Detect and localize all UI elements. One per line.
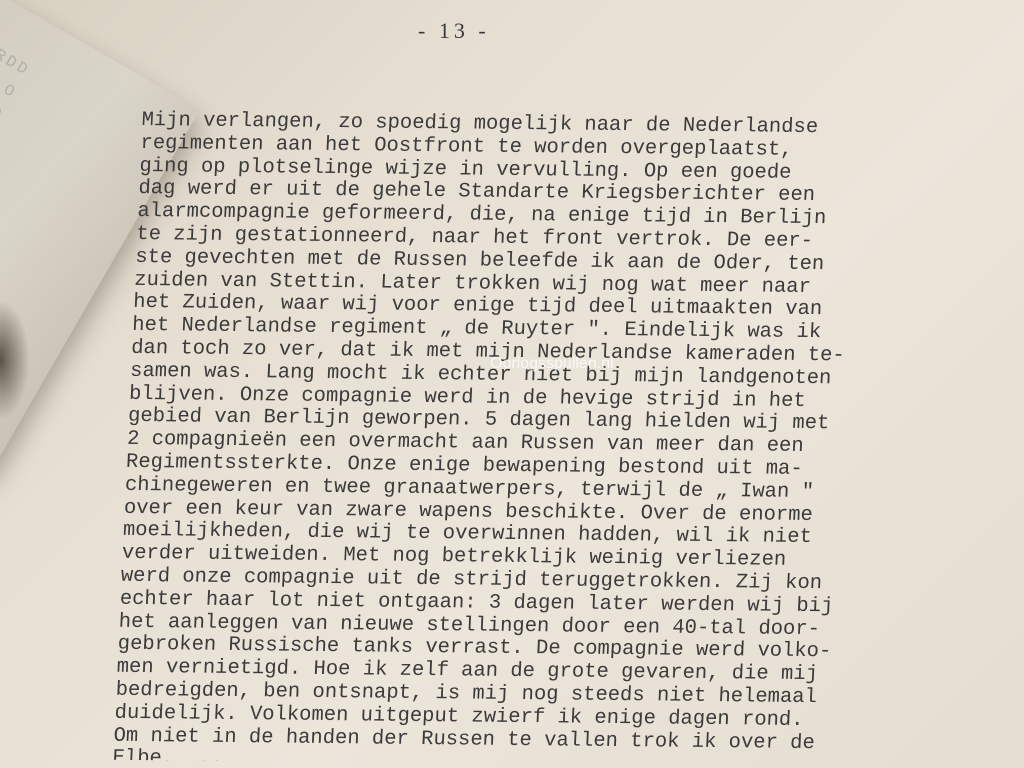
typewritten-body: Mijn verlangen, zo spoedig mogelijk naar…: [112, 110, 1021, 768]
page-fold-shadow: [0, 300, 30, 420]
watermark: Oorlogsspullen.nl: [490, 355, 614, 373]
document-photo: HRRDD A V O O A 0 T S A - 13 - Mijn verl…: [0, 0, 1024, 768]
facing-page-bleed-text: HRRDD A V O O A 0 T S A: [0, 30, 35, 152]
page-number: - 13 -: [418, 18, 490, 44]
